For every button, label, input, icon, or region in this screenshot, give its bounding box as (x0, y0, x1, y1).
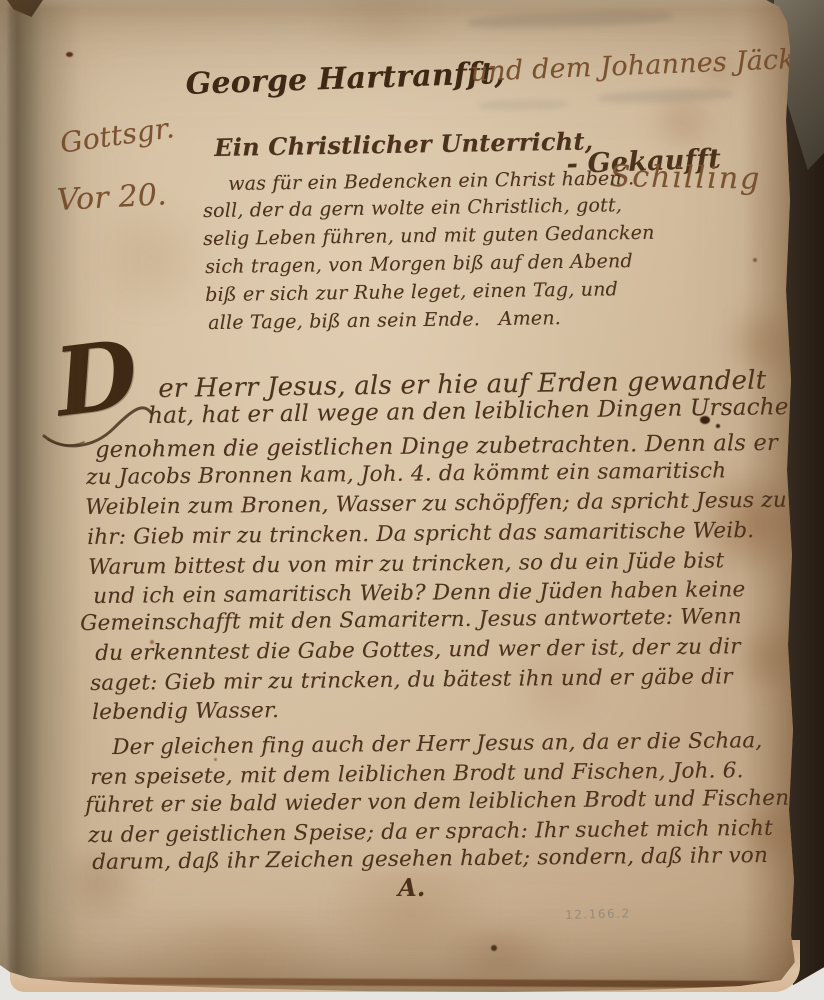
body-line: ren speisete, mit dem leiblichen Brodt u… (90, 758, 744, 790)
pencil-smudge (478, 99, 568, 111)
stain (85, 925, 395, 985)
body-line: Warum bittest du von mir zu trincken, so… (88, 548, 724, 580)
catalog-number-pencil: 12.166.2 (565, 906, 631, 922)
pencil-smudge (598, 88, 733, 105)
body-line: führet er sie bald wieder von dem leibli… (85, 786, 789, 818)
margin-note-2: Vor 20. (56, 177, 168, 218)
subtitle-line: sich tragen, von Morgen biß auf den Aben… (205, 250, 633, 278)
subtitle-line: soll, der da gern wolte ein Christlich, … (203, 194, 622, 222)
body-line: Gemeinschafft mit den Samaritern. Jesus … (80, 604, 742, 636)
subtitle-line: biß er sich zur Ruhe leget, einen Tag, u… (205, 278, 618, 306)
title-line: Ein Christlicher Unterricht, (214, 126, 593, 162)
stain (636, 90, 731, 152)
subtitle-line: was für ein Bedencken ein Christ haben . (228, 167, 634, 195)
speck (491, 945, 497, 951)
body-line: lebendig Wasser. (92, 698, 279, 725)
body-line: Weiblein zum Bronen, Wasser zu schöpffen… (85, 488, 787, 520)
body-line: zu Jacobs Bronnen kam, Joh. 4. da kömmt … (86, 458, 726, 490)
body-line: saget: Gieb mir zu trincken, du bätest i… (90, 664, 733, 696)
body-line: du erkenntest die Gabe Gottes, und wer d… (95, 634, 741, 666)
body-line: ihr: Gieb mir zu trincken. Da spricht da… (87, 518, 754, 550)
subtitle-line: selig Leben führen, und mit guten Gedanc… (203, 222, 655, 250)
catchword: A. (398, 873, 425, 902)
manuscript-photo: George Hartranfft, und dem Johannes Jäck… (0, 0, 824, 1000)
subtitle-line: alle Tage, biß an sein Ende. Amen. (208, 307, 561, 334)
owner-name-inscription: George Hartranfft, (185, 56, 505, 102)
manuscript-page: George Hartranfft, und dem Johannes Jäck… (0, 0, 824, 1000)
ink-blot (716, 424, 720, 428)
body-line: Der gleichen fing auch der Herr Jesus an… (112, 728, 763, 760)
page-top-edge (0, 0, 780, 9)
stain (415, 930, 585, 975)
body-line: darum, daß ihr Zeichen gesehen habet; so… (92, 843, 768, 875)
pencil-smudge (468, 8, 673, 30)
